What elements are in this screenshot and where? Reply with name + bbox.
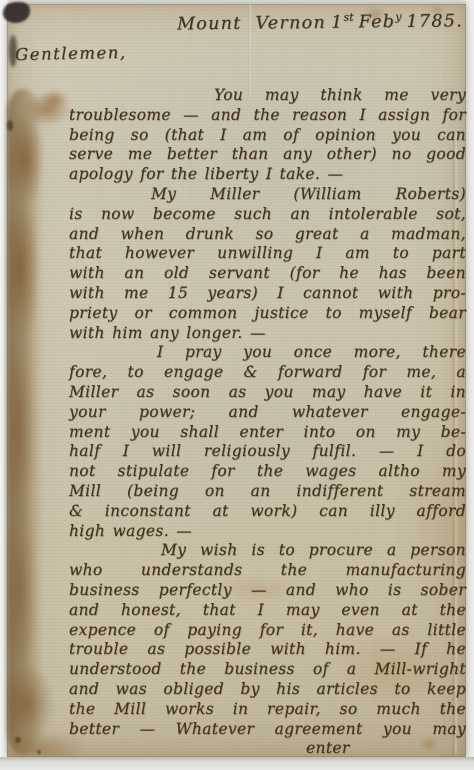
letter-line: is now become such an intolerable sot, xyxy=(69,205,466,225)
dateline-month-suffix: y xyxy=(395,10,401,23)
letter-line: apology for the liberty I take. — xyxy=(69,165,466,185)
letter-line: better — Whatever agreement you may xyxy=(69,720,466,740)
scanned-letter-page: Mount Vernon1stFeby1785. Gentlemen, You … xyxy=(0,0,474,770)
dateline-day-suffix: st xyxy=(343,11,353,24)
letter-line: You may think me very xyxy=(69,86,466,106)
salutation: Gentlemen, xyxy=(15,43,127,64)
letter-line: and honest, that I may even at the xyxy=(69,601,466,621)
letter-line: the Mill works in repair, so much the xyxy=(69,700,466,720)
letter-line: understood the business of a Mill-wright xyxy=(69,660,466,680)
letter-line: Miller as soon as you may have it in xyxy=(69,383,466,403)
letter-line: with an old servant (for he has been xyxy=(69,264,466,284)
letter-line: and when drunk so great a madman, xyxy=(69,225,466,245)
letter-line: trouble as possible with him. — If he xyxy=(69,640,466,660)
letter-line: with me 15 years) I cannot with pro- xyxy=(69,284,466,304)
letter-body: You may think me very troublesome — and … xyxy=(69,86,466,759)
dateline-year: 1785. xyxy=(406,11,463,32)
dateline-place: Mount Vernon xyxy=(177,13,326,35)
letter-line: serve me better than any other) no good xyxy=(69,145,466,165)
letter-line: Mill (being on an indifferent stream xyxy=(69,482,466,502)
letter-line: I pray you once more, there xyxy=(69,343,466,363)
letter-line: troublesome — and the reason I assign fo… xyxy=(69,106,466,126)
ink-stain-mark xyxy=(3,2,30,23)
letter-paper: Mount Vernon1stFeby1785. Gentlemen, You … xyxy=(7,4,466,757)
letter-line: not stipulate for the wages altho my xyxy=(69,462,466,482)
letter-line: high wages. — xyxy=(69,522,466,542)
catchword-line: enter xyxy=(69,739,466,759)
letter-line: and was obliged by his articles to keep xyxy=(69,680,466,700)
dateline-month: Feb xyxy=(358,12,395,32)
letter-line: your power; and whatever engage- xyxy=(69,403,466,423)
letter-line: with him any longer. — xyxy=(69,324,466,344)
ink-stain-mark xyxy=(15,737,21,743)
letter-line: fore, to engage & forward for me, a xyxy=(69,363,466,383)
ink-stain-mark xyxy=(7,120,13,131)
letter-line: My Miller (William Roberts) xyxy=(69,185,466,205)
letter-line: & inconstant at work) can illy afford xyxy=(69,502,466,522)
dateline: Mount Vernon1stFeby1785. xyxy=(177,10,463,35)
letter-line: My wish is to procure a person xyxy=(69,541,466,561)
ink-stain-mark xyxy=(37,750,41,754)
left-edge-stain xyxy=(7,89,43,754)
dateline-day: 1 xyxy=(331,13,344,33)
letter-line: who understands the manufacturing xyxy=(69,561,466,581)
letter-line: that however unwilling I am to part xyxy=(69,244,466,264)
letter-line: business perfectly — and who is sober xyxy=(69,581,466,601)
letter-line: being so (that I am of opinion you can xyxy=(69,126,466,146)
letter-line: priety or common justice to myself bear xyxy=(69,304,466,324)
letter-line: expence of paying for it, have as little xyxy=(69,621,466,641)
letter-line: ment you shall enter into on my be- xyxy=(69,423,466,443)
letter-line: half I will religiously fulfil. — I do xyxy=(69,442,466,462)
